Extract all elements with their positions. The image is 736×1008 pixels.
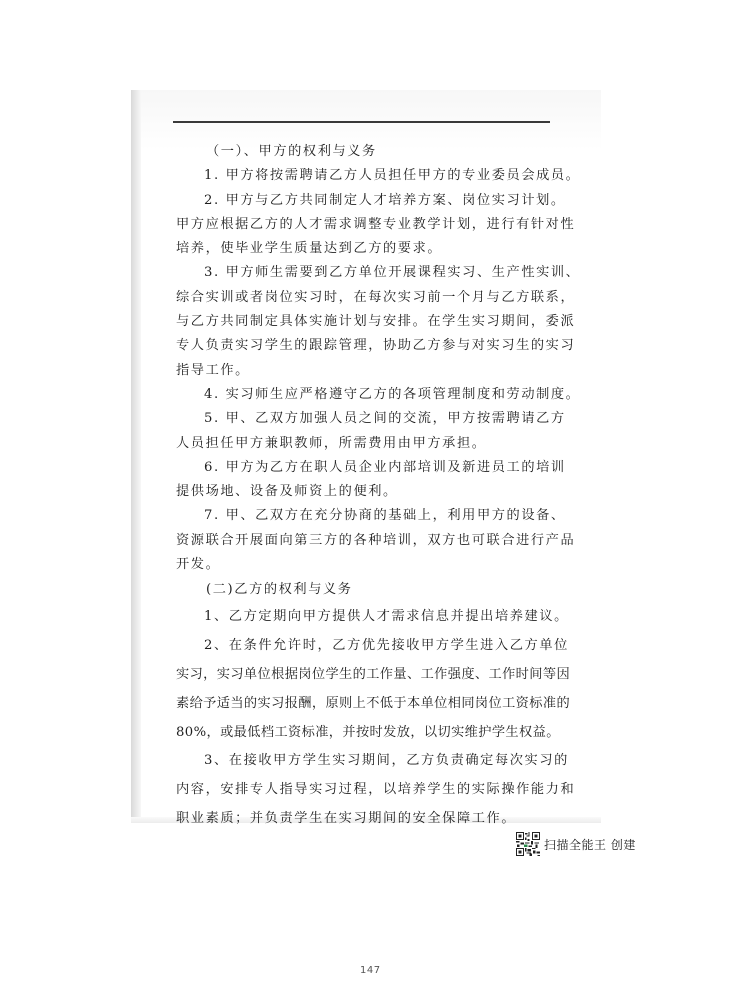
paragraph-line: 1. 甲方将按需聘请乙方人员担任甲方的专业委员会成员。 (176, 164, 576, 188)
paragraph-line: 人员担任甲方兼职教师，所需费用由甲方承担。 (176, 432, 576, 456)
paragraph-line: 6. 甲方为乙方在职人员企业内部培训及新进员工的培训 (176, 456, 576, 480)
qr-code-icon (516, 832, 540, 856)
section-heading: （一）、甲方的权利与义务 (176, 140, 576, 164)
document-body: （一）、甲方的权利与义务 1. 甲方将按需聘请乙方人员担任甲方的专业委员会成员。… (176, 140, 576, 834)
paragraph-line: 素给予适当的实习报酬，原则上不低于本单位相同岗位工资标准的 (176, 690, 576, 719)
page-number: 147 (360, 965, 381, 976)
paragraph-line: 实习，实习单位根据岗位学生的工作量、工作强度、工作时间等因 (176, 661, 576, 690)
paragraph-line: 与乙方共同制定具体实施计划与安排。在学生实习期间，委派 (176, 310, 576, 334)
paragraph-line: 1、乙方定期向甲方提供人才需求信息并提出培养建议。 (176, 603, 576, 632)
paragraph-line: 指导工作。 (176, 359, 576, 383)
paragraph-line: 2、在条件允许时，乙方优先接收甲方学生进入乙方单位 (176, 632, 576, 661)
paragraph-line: 2. 甲方与乙方共同制定人才培养方案、岗位实习计划。 (176, 189, 576, 213)
paragraph-line: 开发。 (176, 553, 576, 577)
scanned-page: （一）、甲方的权利与义务 1. 甲方将按需聘请乙方人员担任甲方的专业委员会成员。… (131, 90, 601, 823)
section-party-a: （一）、甲方的权利与义务 1. 甲方将按需聘请乙方人员担任甲方的专业委员会成员。… (176, 140, 576, 577)
header-rule (173, 121, 550, 123)
paragraph-line: 资源联合开展面向第三方的各种培训，双方也可联合进行产品 (176, 529, 576, 553)
paragraph-line: 提供场地、设备及师资上的便利。 (176, 480, 576, 504)
paragraph-line: 3. 甲方师生需要到乙方单位开展课程实习、生产性实训、 (176, 261, 576, 285)
scanner-watermark-text: 扫描全能王 创建 (544, 836, 636, 853)
paragraph-line: 4. 实习师生应严格遵守乙方的各项管理制度和劳动制度。 (176, 383, 576, 407)
paragraph-line: 职业素质；并负责学生在实习期间的安全保障工作。 (176, 805, 576, 834)
paragraph-line: 综合实训或者岗位实习时，在每次实习前一个月与乙方联系， (176, 286, 576, 310)
paragraph-line: 80%，或最低档工资标准，并按时发放，以切实维护学生权益。 (176, 719, 576, 748)
paragraph-line: 专人负责实习学生的跟踪管理，协助乙方参与对实习生的实习 (176, 334, 576, 358)
paragraph-line: 7. 甲、乙双方在充分协商的基础上，利用甲方的设备、 (176, 504, 576, 528)
section-heading: (二)乙方的权利与义务 (176, 577, 576, 603)
section-party-b: (二)乙方的权利与义务 1、乙方定期向甲方提供人才需求信息并提出培养建议。 2、… (176, 577, 576, 833)
paragraph-line: 培养，使毕业学生质量达到乙方的要求。 (176, 237, 576, 261)
paragraph-line: 内容，安排专人指导实习过程，以培养学生的实际操作能力和 (176, 776, 576, 805)
paragraph-line: 甲方应根据乙方的人才需求调整专业教学计划，进行有针对性 (176, 213, 576, 237)
scanner-watermark: 扫描全能王 创建 (516, 832, 636, 856)
paragraph-line: 5. 甲、乙双方加强人员之间的交流，甲方按需聘请乙方 (176, 407, 576, 431)
paragraph-line: 3、在接收甲方学生实习期间，乙方负责确定每次实习的 (176, 747, 576, 776)
scan-edge-shadow (131, 90, 141, 823)
